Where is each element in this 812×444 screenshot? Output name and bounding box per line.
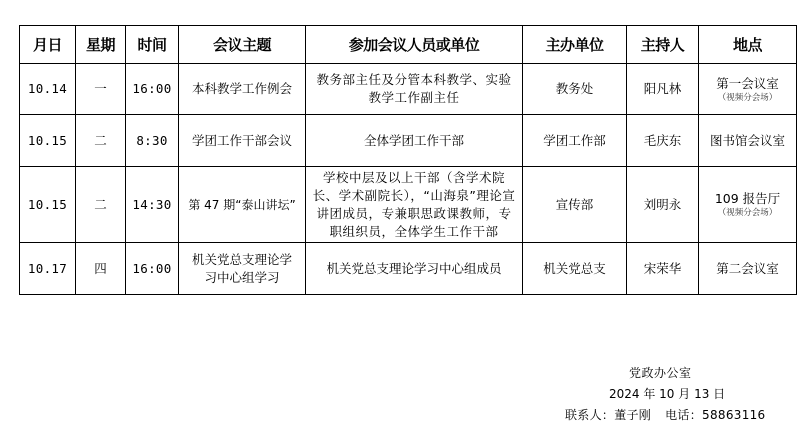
cell-attendees: 全体学团工作干部: [306, 115, 523, 167]
header-host: 主持人: [627, 26, 699, 64]
header-topic: 会议主题: [179, 26, 306, 64]
header-time: 时间: [126, 26, 179, 64]
cell-date: 10.15: [20, 167, 76, 243]
location-name: 109 报告厅: [715, 191, 780, 206]
cell-time: 8:30: [126, 115, 179, 167]
cell-location: 第二会议室: [699, 243, 797, 295]
cell-attendees: 机关党总支理论学习中心组成员: [306, 243, 523, 295]
cell-weekday: 二: [76, 115, 126, 167]
cell-time: 16:00: [126, 243, 179, 295]
contact-name: 董子刚: [614, 408, 651, 422]
table-header-row: 月日 星期 时间 会议主题 参加会议人员或单位 主办单位 主持人 地点: [20, 26, 797, 64]
cell-host: 宋荣华: [627, 243, 699, 295]
phone-number: 58863116: [702, 408, 765, 422]
cell-weekday: 一: [76, 64, 126, 115]
cell-organizer: 教务处: [523, 64, 627, 115]
table-row: 10.15 二 8:30 学团工作干部会议 全体学团工作干部 学团工作部 毛庆东…: [20, 115, 797, 167]
cell-host: 刘明永: [627, 167, 699, 243]
header-date: 月日: [20, 26, 76, 64]
location-note: （视频分会场）: [701, 208, 794, 219]
meeting-schedule-table: 月日 星期 时间 会议主题 参加会议人员或单位 主办单位 主持人 地点 10.1…: [19, 25, 797, 295]
location-name: 图书馆会议室: [710, 133, 785, 148]
cell-host: 毛庆东: [627, 115, 699, 167]
location-name: 第二会议室: [716, 261, 779, 276]
cell-weekday: 四: [76, 243, 126, 295]
cell-location: 图书馆会议室: [699, 115, 797, 167]
cell-time: 14:30: [126, 167, 179, 243]
location-note: （视频分会场）: [701, 93, 794, 104]
cell-weekday: 二: [76, 167, 126, 243]
contact-label: 联系人：: [565, 408, 614, 422]
header-weekday: 星期: [76, 26, 126, 64]
table-row: 10.14 一 16:00 本科教学工作例会 教务部主任及分管本科教学、实验教学…: [20, 64, 797, 115]
cell-location: 109 报告厅 （视频分会场）: [699, 167, 797, 243]
cell-host: 阳凡林: [627, 64, 699, 115]
cell-organizer: 宣传部: [523, 167, 627, 243]
cell-location: 第一会议室 （视频分会场）: [699, 64, 797, 115]
cell-organizer: 机关党总支: [523, 243, 627, 295]
header-location: 地点: [699, 26, 797, 64]
issue-date: 2024 年 10 月 13 日: [609, 385, 725, 402]
table-row: 10.17 四 16:00 机关党总支理论学习中心组学习 机关党总支理论学习中心…: [20, 243, 797, 295]
cell-topic: 学团工作干部会议: [179, 115, 306, 167]
cell-topic: 第 47 期“泰山讲坛”: [179, 167, 306, 243]
contact-line: 联系人：董子刚电话：58863116: [565, 406, 766, 423]
location-name: 第一会议室: [716, 76, 779, 91]
cell-date: 10.15: [20, 115, 76, 167]
cell-date: 10.14: [20, 64, 76, 115]
header-attendees: 参加会议人员或单位: [306, 26, 523, 64]
phone-label: 电话：: [665, 408, 702, 422]
table-row: 10.15 二 14:30 第 47 期“泰山讲坛” 学校中层及以上干部（含学术…: [20, 167, 797, 243]
cell-date: 10.17: [20, 243, 76, 295]
cell-topic: 本科教学工作例会: [179, 64, 306, 115]
issuing-office: 党政办公室: [629, 364, 692, 381]
header-organizer: 主办单位: [523, 26, 627, 64]
cell-time: 16:00: [126, 64, 179, 115]
cell-organizer: 学团工作部: [523, 115, 627, 167]
cell-attendees: 教务部主任及分管本科教学、实验教学工作副主任: [306, 64, 523, 115]
cell-topic: 机关党总支理论学习中心组学习: [179, 243, 306, 295]
cell-attendees: 学校中层及以上干部（含学术院长、学术副院长），“山海泉”理论宣讲团成员，专兼职思…: [306, 167, 523, 243]
